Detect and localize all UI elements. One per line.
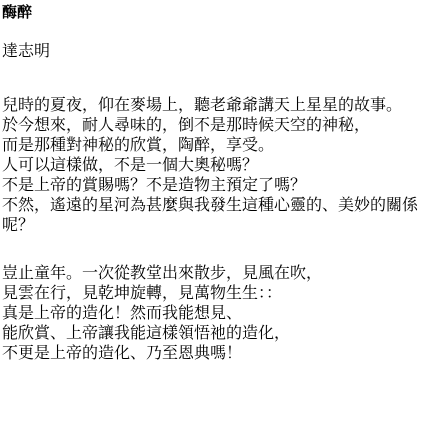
text-line: 真是上帝的造化！然而我能想見、 (2, 304, 435, 324)
paragraph: 豈止童年。一次從教堂出來散步，見風在吹，見雲在行，見乾坤旋轉，見萬物生生：：真是… (2, 264, 435, 364)
text-line: 於今想來，耐人尋味的，倒不是那時候天空的神秘， (2, 116, 435, 136)
body-text: 兒時的夏夜，仰在麥場上，聽老爺爺講天上星星的故事。於今想來，耐人尋味的，倒不是那… (2, 96, 435, 364)
text-line: 呢？ (2, 216, 435, 236)
text-line: 不是上帝的賞賜嗎？不是造物主預定了嗎？ (2, 176, 435, 196)
text-line: 兒時的夏夜，仰在麥場上，聽老爺爺講天上星星的故事。 (2, 96, 435, 116)
page-title: 酶醉 (2, 3, 435, 23)
text-line: 而是那種對神秘的欣賞，陶醉，享受。 (2, 136, 435, 156)
text-line: 人可以這樣做，不是一個大奧秘嗎？ (2, 156, 435, 176)
text-line: 不然，遙遠的星河為甚麼與我發生這種心靈的、美妙的關係 (2, 196, 435, 216)
text-line: 豈止童年。一次從教堂出來散步，見風在吹， (2, 264, 435, 284)
paragraph: 兒時的夏夜，仰在麥場上，聽老爺爺講天上星星的故事。於今想來，耐人尋味的，倒不是那… (2, 96, 435, 236)
author-name: 達志明 (2, 42, 435, 62)
text-line: 能欣賞、上帝讓我能這樣領悟祂的造化， (2, 324, 435, 344)
text-line: 不更是上帝的造化、乃至恩典嗎！ (2, 344, 435, 364)
text-line: 見雲在行，見乾坤旋轉，見萬物生生：： (2, 284, 435, 304)
document-page: 酶醉 達志明 兒時的夏夜，仰在麥場上，聽老爺爺講天上星星的故事。於今想來，耐人尋… (0, 0, 435, 444)
